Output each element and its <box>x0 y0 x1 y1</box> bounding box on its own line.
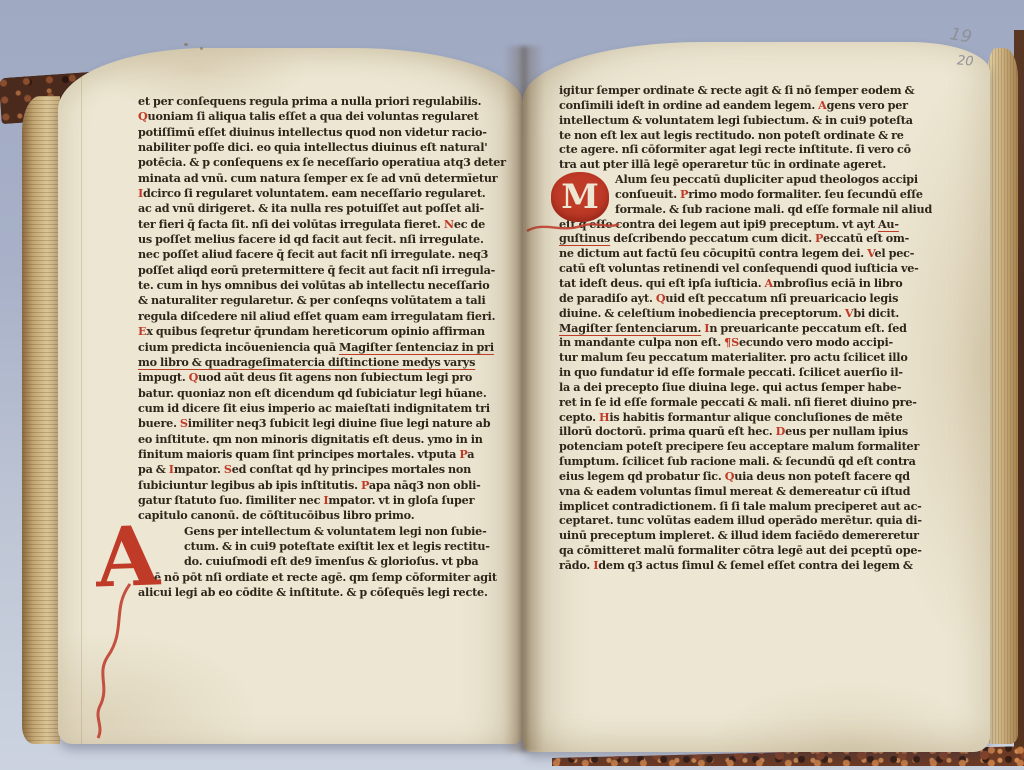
body-text: mo libro & quadrageſimatercia diſtinctio… <box>138 355 475 369</box>
body-text: Alum ſeu peccatū dupliciter apud theolog… <box>615 172 918 186</box>
text-line: potēcia. & p conſequens ex ſe neceſſario… <box>138 155 488 170</box>
body-text: uinū preceptum impleret. & illud idem fa… <box>559 528 919 542</box>
rubricated-text: P <box>815 231 823 245</box>
body-text: us poſſet melius facere id qd facit aut … <box>138 232 484 246</box>
body-text: impugt. <box>138 370 189 384</box>
rubricated-text: A <box>818 98 826 112</box>
book-photo: A et per conſequens regula prima a nulla… <box>0 0 1024 770</box>
body-text: x quibus ſeqretur q̄rundam hereticorum o… <box>146 324 485 338</box>
text-line: gatur ſtatuto ſuo. ſimiliter nec Impator… <box>138 493 488 508</box>
body-text: tur malum ſeu peccatum materialiter. pro… <box>559 350 908 364</box>
text-line: impugt. Quod aūt deus ſit agens non ſubi… <box>138 370 488 385</box>
body-text: cte agere. nſi cōformiter agat legi rect… <box>559 142 911 156</box>
body-text: conſimili ideſt in ordine ad eandem lege… <box>559 98 818 112</box>
body-text: regula diſcedere nil aliud eſſet quam ea… <box>138 309 495 323</box>
body-text: potenciam poteſt precipere ſeu acceptare… <box>559 439 919 453</box>
text-line: catū eſt voluntas retinendi vel conſeque… <box>559 261 911 276</box>
body-text: rādo. <box>559 558 593 572</box>
text-line: tur malum ſeu peccatum materialiter. pro… <box>559 350 911 365</box>
pencil-folio-number-lower: 20 <box>956 53 974 69</box>
body-text: eus per nullam ipius <box>785 424 908 438</box>
body-text: eius legem qd probatur ſic. <box>559 469 725 483</box>
text-line: potenciam poteſt precipere ſeu acceptare… <box>559 439 911 454</box>
ink-speck <box>200 47 203 50</box>
body-text: batur. quoniaz non eſt dicendum qd ſubic… <box>138 386 487 400</box>
text-line: Magiſter ſentenciarum. In preuaricante p… <box>559 321 911 336</box>
body-text: uia deus non poteſt facere qd <box>734 469 910 483</box>
body-text: ret in ſe id eſſe formale peccati & mali… <box>559 395 917 409</box>
text-line: regula diſcedere nil aliud eſſet quam ea… <box>138 309 488 324</box>
text-line: cium predicta incōueniencia quā Magiſter… <box>138 340 488 355</box>
text-line: finitum maioris quam ſint principes mort… <box>138 447 488 462</box>
body-text: in quo fundatur id eſſe formale peccati.… <box>559 365 903 379</box>
initial-m-glyph: M <box>561 180 598 214</box>
body-text: n preuaricante peccatum eſt. ſed <box>709 321 906 335</box>
body-text: imiliter neq3 ſubicit legi diuine ſiue l… <box>188 416 491 430</box>
rubricated-text: Q <box>189 370 199 384</box>
body-text: intellectum & voluntatem legi ſubiectum.… <box>559 113 913 127</box>
gutter-shadow <box>504 46 544 752</box>
text-line: conſimili ideſt in ordine ad eandem lege… <box>559 98 911 113</box>
body-text: & naturaliter regularetur. & per conſeqn… <box>138 293 486 307</box>
text-line: do. cuiuſmodi eſt de9 īmenſus & glorioſu… <box>138 554 488 569</box>
text-line: potiſſimū eſſet diuinus intellectus quod… <box>138 125 488 140</box>
body-text: ctum. & in cui9 poteſtate exiſtit lex et… <box>184 539 490 553</box>
text-line: ret in ſe id eſſe formale peccati & mali… <box>559 395 911 410</box>
body-text: ne dictum aut factū ſeu cōcupitū contra … <box>559 246 867 260</box>
body-text: ac ad vnū dirigeret. & ita nulla res pot… <box>138 201 484 215</box>
text-line: diuine. & celeſtium inobediencia precept… <box>559 306 911 321</box>
body-text: cum id dicere ſit eius imperio ac maieſt… <box>138 401 490 415</box>
body-text: rimo modo formaliter. ſeu ſecundū eſſe <box>688 187 923 201</box>
rubricated-text: S <box>224 462 232 476</box>
body-text: eo inſtitute. qm non minoris dignitatis … <box>138 432 483 446</box>
body-text: nec poſſet aliud facere q̄ fecit aut fac… <box>138 247 488 261</box>
rubricated-text: Q <box>138 109 148 123</box>
text-line: ceptaret. tunc volūtas eadem illud operā… <box>559 513 911 528</box>
body-text: tat ideſt deus. qui eſt ipſa iuſticia. <box>559 276 765 290</box>
body-text: diuine. & celeſtium inobediencia precept… <box>559 306 845 320</box>
text-line: eo inſtitute. qm non minoris dignitatis … <box>138 432 488 447</box>
text-line: te. cum in hys omnibus dei volūtas ab in… <box>138 278 488 293</box>
text-line: ter fieri q̄ facta ſit. nſi dei volūtas … <box>138 217 488 232</box>
body-text: et per conſequens regula prima a nulla p… <box>138 94 481 108</box>
text-line: de paradiſo ayt. Quid eſt peccatum nſi p… <box>559 291 911 306</box>
text-line: eius legem qd probatur ſic. Quia deus no… <box>559 469 911 484</box>
body-text: ter fieri q̄ facta ſit. nſi dei volūtas … <box>138 217 444 231</box>
text-line: et per conſequens regula prima a nulla p… <box>138 94 488 109</box>
body-text: nabiliter poſſe dici. eo quia intellectu… <box>138 140 488 154</box>
text-line: Idcirco ſi regularet voluntatem. eam nec… <box>138 186 488 201</box>
rubricated-text: ¶S <box>724 335 739 349</box>
body-text: mpator. vt in gloſa ſuper <box>328 493 474 507</box>
text-line: pa & Impator. Sed conſtat qd hy principe… <box>138 462 488 477</box>
body-text: qa cōmitteret malū formaliter cōtra legē… <box>559 543 922 557</box>
body-text: formale. & ſub racione mali. qd eſſe for… <box>615 202 932 216</box>
text-line: ſumptum. ſcilicet ſub racione mali. & ſe… <box>559 454 911 469</box>
body-text: te. cum in hys omnibus dei volūtas ab in… <box>138 278 489 292</box>
rubricated-text: V <box>867 246 874 260</box>
body-text: apa nāq3 non obli- <box>369 478 481 492</box>
body-text: ceptaret. tunc volūtas eadem illud operā… <box>559 513 922 527</box>
body-text: gens vero per <box>827 98 908 112</box>
body-text: potiſſimū eſſet diuinus intellectus quod… <box>138 125 487 139</box>
text-line: mo libro & quadrageſimatercia diſtinctio… <box>138 355 488 370</box>
text-line: nec poſſet aliud facere q̄ fecit aut fac… <box>138 247 488 262</box>
rubricated-text: P <box>680 187 688 201</box>
right-page: M igitur ſemper ordinate & recte agit & … <box>523 42 990 752</box>
text-line: igitur ſemper ordinate & recte agit & ſi… <box>559 83 911 98</box>
left-page-text-block: A et per conſequens regula prima a nulla… <box>138 94 488 600</box>
body-text: cepto. <box>559 410 599 424</box>
rubricated-text: S <box>180 416 188 430</box>
text-line: nabiliter poſſe dici. eo quia intellectu… <box>138 140 488 155</box>
rubricated-text: N <box>444 217 454 231</box>
text-line: la a dei precepto ſiue diuina lege. qui … <box>559 380 911 395</box>
text-line: minata ad vnū. cum natura ſemper ex ſe a… <box>138 171 488 186</box>
rubricated-text: Q <box>725 469 735 483</box>
body-text: ec de <box>454 217 485 231</box>
body-text: implicet contradictionem. ſi ſi tale mal… <box>559 499 922 513</box>
body-text: gatur ſtatuto ſuo. ſimiliter nec <box>138 493 323 507</box>
text-line: illorū doctorū. prima quarū eſt hec. Deu… <box>559 424 911 439</box>
body-text: ecundo vero modo accipi- <box>739 335 893 349</box>
text-line: ne dictum aut factū ſeu cōcupitū contra … <box>559 246 911 261</box>
text-line: te non eſt lex aut legis rectitudo. non … <box>559 128 911 143</box>
body-text: ed conſtat qd hy principes mortales non <box>232 462 471 476</box>
text-line: cum id dicere ſit eius imperio ac maieſt… <box>138 401 488 416</box>
body-text: buere. <box>138 416 180 430</box>
text-line: poſſet aliqd eorū pretermittere q̄ fecit… <box>138 263 488 278</box>
text-line: ac ad vnū dirigeret. & ita nulla res pot… <box>138 201 488 216</box>
text-line: batur. quoniaz non eſt dicendum qd ſubic… <box>138 386 488 401</box>
text-line: in mandante culpa non eſt. ¶Secundo vero… <box>559 335 911 350</box>
text-line: implicet contradictionem. ſi ſi tale mal… <box>559 499 911 514</box>
body-text: deſcribendo peccatum cum dicit. <box>610 231 815 245</box>
body-text: dcirco ſi regularet voluntatem. eam nece… <box>143 186 485 200</box>
right-page-text-block: M igitur ſemper ordinate & recte agit & … <box>559 83 911 573</box>
text-line: tra aut pter illā legē operaretur tūc in… <box>559 157 911 172</box>
body-text: tra aut pter illā legē operaretur tūc in… <box>559 157 886 171</box>
text-line: intellectum & voluntatem legi ſubiectum.… <box>559 113 911 128</box>
text-line: Gens per intellectum & voluntatem legi n… <box>138 524 488 539</box>
body-text: Gens per intellectum & voluntatem legi n… <box>184 524 487 538</box>
text-line: vna & eadem voluntas ſimul mereat & deme… <box>559 484 911 499</box>
rubricated-text: D <box>776 424 786 438</box>
text-line: conſueuit. Primo modo formaliter. ſeu ſe… <box>559 187 911 202</box>
body-text: tū ē nō pōt nſi ordiate et recte agē. qm… <box>138 570 497 584</box>
body-text: el pec- <box>875 246 915 260</box>
text-line: us poſſet melius facere id qd facit aut … <box>138 232 488 247</box>
rubricated-text: A <box>765 276 773 290</box>
body-text: ſumptum. ſcilicet ſub racione mali. & ſe… <box>559 454 916 468</box>
body-text: a <box>467 447 474 461</box>
body-text: alicui legi ab eo cōdite & inſtitute. & … <box>138 585 488 599</box>
body-text: uoniam ſi aliqua talis eſſet a qua dei v… <box>148 109 479 123</box>
body-text: pa & <box>138 462 169 476</box>
body-text: eccatū eſt om- <box>823 231 909 245</box>
body-text: potēcia. & p conſequens ex ſe neceſſario… <box>138 155 506 169</box>
rubricated-text: P <box>361 478 369 492</box>
text-line: ctum. & in cui9 poteſtate exiſtit lex et… <box>138 539 488 554</box>
body-text: cium predicta incōueniencia quā <box>138 340 339 354</box>
initial-letter-m: M <box>551 172 609 222</box>
text-line: Quoniam ſi aliqua talis eſſet a qua dei … <box>138 109 488 124</box>
left-page: A et per conſequens regula prima a nulla… <box>58 48 523 744</box>
body-text: catū eſt voluntas retinendi vel conſeque… <box>559 261 919 275</box>
body-text: mbroſius eciā in libro <box>773 276 903 290</box>
text-line: tū ē nō pōt nſi ordiate et recte agē. qm… <box>138 570 488 585</box>
page-fore-edge-right <box>986 48 1018 744</box>
rubricated-text: Q <box>656 291 666 305</box>
body-text: poſſet aliqd eorū pretermittere q̄ fecit… <box>138 263 495 277</box>
body-text: mpator. <box>174 462 224 476</box>
text-line: Ex quibus ſeqretur q̄rundam hereticorum … <box>138 324 488 339</box>
text-line: ſubiciuntur legibus ab ipis inſtitutis. … <box>138 478 488 493</box>
body-text: bi dicit. <box>853 306 899 320</box>
body-text: is habitis formantur alique concluſiones… <box>609 410 902 424</box>
body-text: do. cuiuſmodi eſt de9 īmenſus & glorioſu… <box>184 554 478 568</box>
body-text: conſueuit. <box>615 187 680 201</box>
text-line: cte agere. nſi cōformiter agat legi rect… <box>559 142 911 157</box>
body-text: igitur ſemper ordinate & recte agit & ſi… <box>559 83 914 97</box>
body-text: de paradiſo ayt. <box>559 291 656 305</box>
body-text: illorū doctorū. prima quarū eſt hec. <box>559 424 776 438</box>
page-edge-stack-left <box>22 96 60 744</box>
body-text: uod aūt deus ſit agens non ſubiectum leg… <box>198 370 472 384</box>
body-text: ſubiciuntur legibus ab ipis inſtitutis. <box>138 478 361 492</box>
body-text: dem q3 actus ſimul & ſemel eſſet contra … <box>598 558 913 572</box>
body-text: te non eſt lex aut legis rectitudo. non … <box>559 128 904 142</box>
text-line: alicui legi ab eo cōdite & inſtitute. & … <box>138 585 488 600</box>
text-line: & naturaliter regularetur. & per conſeqn… <box>138 293 488 308</box>
text-line: formale. & ſub racione mali. qd eſſe for… <box>559 202 911 217</box>
text-line: rādo. Idem q3 actus ſimul & ſemel eſſet … <box>559 558 911 573</box>
body-text: in mandante culpa non eſt. <box>559 335 724 349</box>
ink-speck <box>184 43 188 46</box>
initial-a-flourish <box>90 582 142 742</box>
text-line: tat ideſt deus. qui eſt ipſa iuſticia. A… <box>559 276 911 291</box>
rubricated-text: H <box>599 410 609 424</box>
body-text: Au- <box>878 217 899 231</box>
text-line: capitulo canonū. de cōſtitucōibus libro … <box>138 508 488 523</box>
text-line: buere. Similiter neq3 ſubicit legi diuin… <box>138 416 488 431</box>
pencil-folio-number-upper: 19 <box>948 24 973 47</box>
text-line: uinū preceptum impleret. & illud idem fa… <box>559 528 911 543</box>
body-text: vna & eadem voluntas ſimul mereat & deme… <box>559 484 910 498</box>
text-line: cepto. His habitis formantur alique conc… <box>559 410 911 425</box>
body-text: Magiſter ſentenciarum. <box>559 321 701 335</box>
text-line: in quo fundatur id eſſe formale peccati.… <box>559 365 911 380</box>
text-line: Alum ſeu peccatū dupliciter apud theolog… <box>559 172 911 187</box>
body-text: la a dei precepto ſiue diuina lege. qui … <box>559 380 901 394</box>
body-text: Magiſter ſentenciaz in pri <box>339 340 494 354</box>
body-text: minata ad vnū. cum natura ſemper ex ſe a… <box>138 171 497 185</box>
body-text: uid eſt peccatum nſi preuaricacio legis <box>665 291 898 305</box>
text-line: qa cōmitteret malū formaliter cōtra legē… <box>559 543 911 558</box>
body-text: finitum maioris quam ſint principes mort… <box>138 447 459 461</box>
